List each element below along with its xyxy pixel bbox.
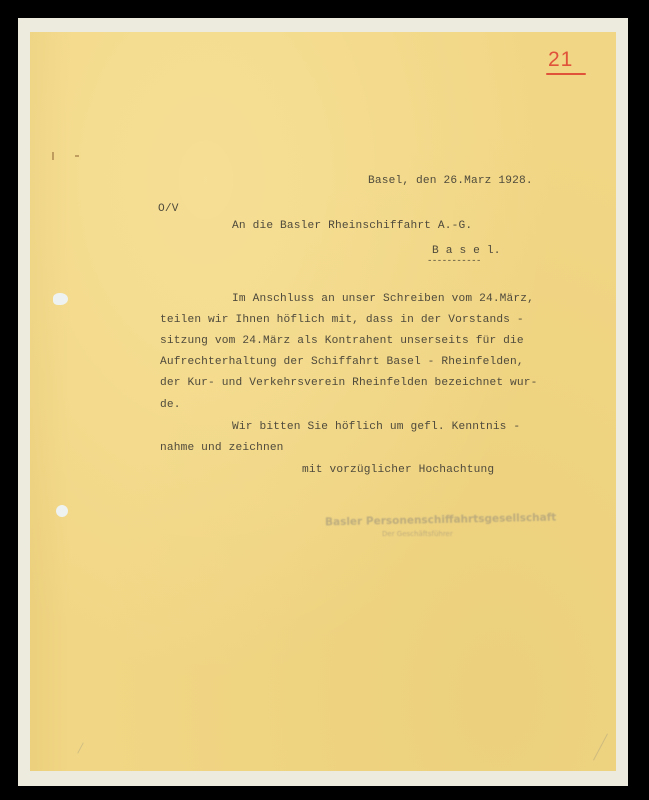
- punch-hole: [53, 293, 68, 305]
- body-line: der Kur- und Verkehrsverein Rheinfelden …: [160, 378, 538, 389]
- body-line: Im Anschluss an unser Schreiben vom 24.M…: [232, 294, 534, 305]
- reference-code: O/V: [158, 204, 179, 215]
- body-line: sitzung vom 24.März als Kontrahent unser…: [160, 336, 524, 347]
- body-line: teilen wir Ihnen höflich mit, dass in de…: [160, 315, 524, 326]
- body-line: Aufrechterhaltung der Schiffahrt Basel -…: [160, 357, 524, 368]
- company-stamp-title: Der Geschäftsführer: [382, 530, 453, 538]
- punch-hole: [56, 505, 68, 517]
- body-line: de.: [160, 400, 181, 411]
- date-line: Basel, den 26.Marz 1928.: [368, 176, 533, 187]
- folio-underline: [546, 73, 586, 75]
- salutation: mit vorzüglicher Hochachtung: [302, 465, 494, 476]
- recipient-name: An die Basler Rheinschiffahrt A.-G.: [232, 221, 472, 232]
- folio-number: 21: [548, 48, 573, 72]
- letter-page: [30, 32, 616, 771]
- scan-frame: 21 Basel, den 26.Marz 1928. O/V An die B…: [0, 0, 649, 800]
- margin-mark: [75, 155, 79, 157]
- closing-line: Wir bitten Sie höflich um gefl. Kenntnis…: [232, 422, 520, 433]
- recipient-city-underline: -----------: [427, 256, 481, 266]
- margin-mark: [52, 152, 54, 160]
- closing-line: nahme und zeichnen: [160, 443, 284, 454]
